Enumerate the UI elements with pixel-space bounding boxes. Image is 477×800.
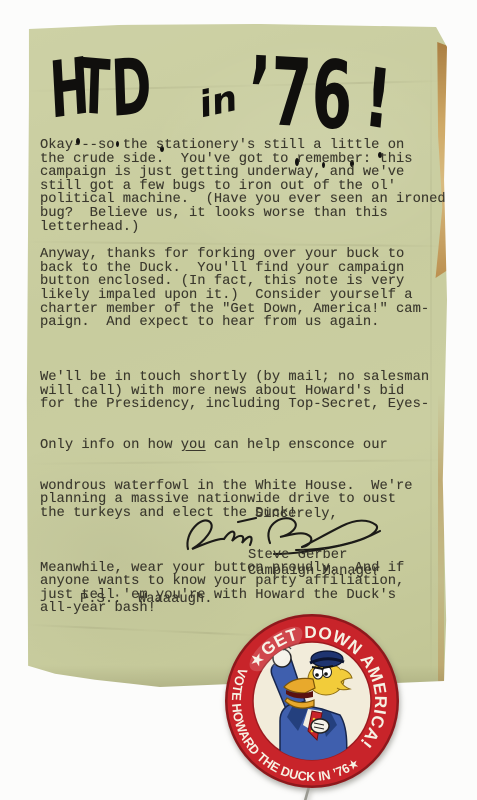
- letter-paragraph-4: Meanwhile, wear your button proudly. And…: [40, 562, 446, 616]
- postscript: P.S.: Waaaaugh.: [80, 592, 212, 607]
- letter-paragraph-2: Anyway, thanks for forking over your buc…: [40, 248, 446, 330]
- headline-glyph: !: [361, 57, 395, 143]
- campaign-button: ★GET DOWN AMERICA! VOTE HOWARD THE DUCK …: [224, 613, 402, 800]
- headline-glyph: in: [196, 81, 241, 124]
- duck-pupil: [324, 672, 328, 676]
- underlined-word: you: [181, 438, 206, 453]
- duck-glove-on-lapel: [311, 719, 329, 733]
- letter-paragraph-1: Okay---so the stationery's still a littl…: [40, 139, 446, 234]
- signed-name: Steve Gerber: [248, 549, 347, 564]
- signed-title: Campaign Manager: [248, 564, 380, 579]
- headline-glyph: T: [78, 48, 111, 127]
- letter-sheet: H T D in ’76 ! Okay---so the stationery'…: [26, 23, 447, 687]
- headline-glyph: ’76: [248, 45, 353, 145]
- paragraph-3-lines: We'll be in touch shortly (by mail; no s…: [40, 371, 446, 412]
- line-text: can help ensconce our: [206, 438, 388, 453]
- line-text: Only info on how: [40, 438, 181, 453]
- scanned-letter-page: { "headline": { "h": "H", "t": "T", "d":…: [0, 0, 477, 800]
- duck-pupil: [315, 673, 319, 677]
- headline-glyph: D: [110, 48, 153, 129]
- paragraph-3-underline-line: Only info on how you can help ensconce o…: [40, 439, 446, 453]
